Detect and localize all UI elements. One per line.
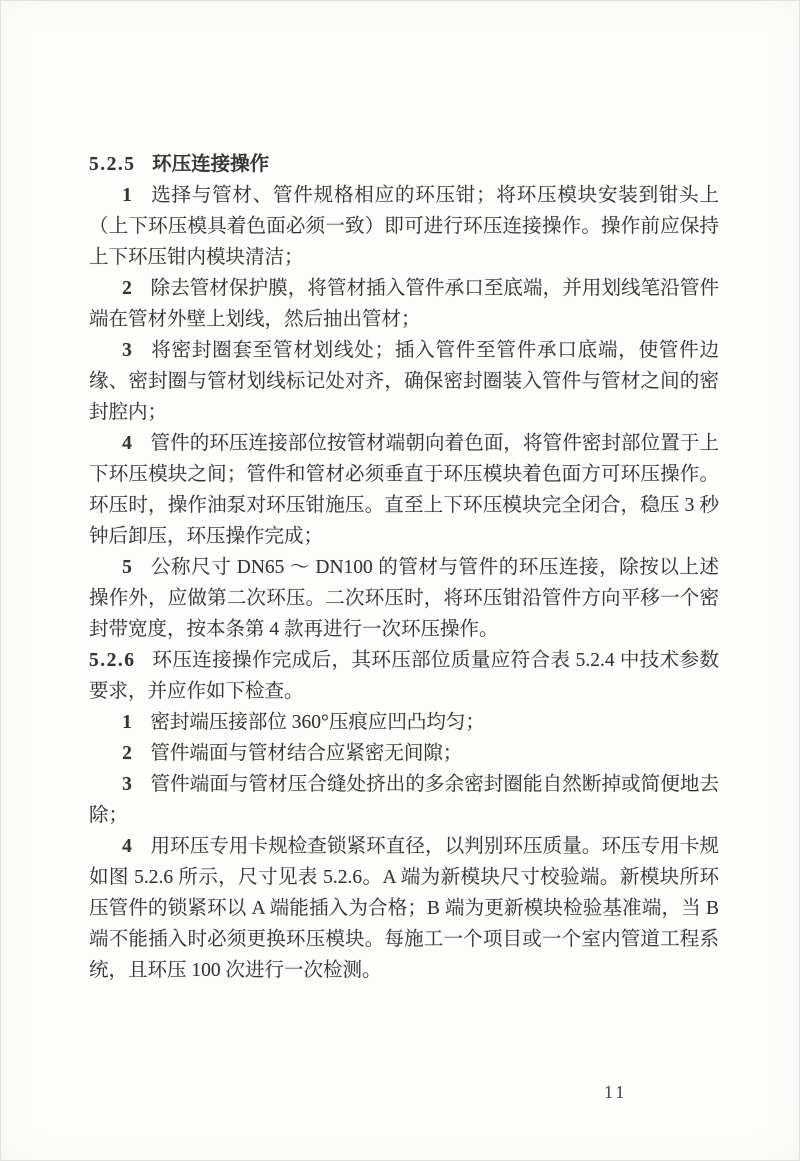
clause-item-4: 4管件的环压连接部位按管材端朝向着色面，将管件密封部位置于上下环压模块之间；管件… [89, 428, 719, 552]
clause-number: 1 [122, 185, 132, 206]
check-item-4: 4用环压专用卡规检查锁紧环直径，以判别环压质量。环压专用卡规如图 5.2.6 所… [89, 831, 719, 986]
clause-text: 除去管材保护膜，将管材插入管件承口至底端，并用划线笔沿管件端在管材外壁上划线，然… [89, 278, 719, 330]
clause-item-2: 2除去管材保护膜，将管材插入管件承口至底端，并用划线笔沿管件端在管材外壁上划线，… [89, 273, 719, 335]
clause-text: 管件端面与管材结合应紧密无间隙； [150, 743, 462, 764]
section-number: 5.2.6 [89, 650, 136, 671]
clause-item-1: 1选择与管材、管件规格相应的环压钳；将环压模块安装到钳头上（上下环压模具着色面必… [89, 180, 719, 273]
clause-text: 将密封圈套至管材划线处；插入管件至管件承口底端，使管件边缘、密封圈与管材划线标记… [89, 340, 719, 423]
clause-text: 密封端压接部位 360°压痕应凹凸均匀； [150, 712, 484, 733]
clause-number: 1 [122, 712, 132, 733]
check-item-2: 2管件端面与管材结合应紧密无间隙； [89, 738, 719, 769]
clause-text: 选择与管材、管件规格相应的环压钳；将环压模块安装到钳头上（上下环压模具着色面必须… [89, 185, 719, 268]
section-heading-5-2-6: 5.2.6环压连接操作完成后，其环压部位质量应符合表 5.2.4 中技术参数要求… [89, 645, 719, 707]
check-item-3: 3管件端面与管材压合缝处挤出的多余密封圈能自然断掉或简便地去除； [89, 769, 719, 831]
clause-text: 公称尺寸 DN65 ～ DN100 的管材与管件的环压连接，除按以上述操作外，应… [89, 557, 719, 640]
clause-text: 用环压专用卡规检查锁紧环直径，以判别环压质量。环压专用卡规如图 5.2.6 所示… [89, 836, 719, 981]
clause-number: 2 [122, 743, 132, 764]
page-number: 11 [604, 1082, 627, 1103]
check-item-1: 1密封端压接部位 360°压痕应凹凸均匀； [89, 707, 719, 738]
clause-number: 2 [122, 278, 132, 299]
clause-number: 4 [122, 433, 132, 454]
clause-text: 管件的环压连接部位按管材端朝向着色面，将管件密封部位置于上下环压模块之间；管件和… [89, 433, 719, 547]
section-lead-text: 环压连接操作完成后，其环压部位质量应符合表 5.2.4 中技术参数要求，并应作如… [89, 650, 719, 702]
clause-number: 3 [122, 340, 132, 361]
clause-number: 5 [122, 557, 132, 578]
section-title: 环压连接操作 [152, 154, 269, 175]
section-number: 5.2.5 [89, 154, 136, 175]
document-content: 5.2.5环压连接操作 1选择与管材、管件规格相应的环压钳；将环压模块安装到钳头… [89, 149, 719, 986]
section-heading-5-2-5: 5.2.5环压连接操作 [89, 149, 719, 180]
document-page: 5.2.5环压连接操作 1选择与管材、管件规格相应的环压钳；将环压模块安装到钳头… [0, 0, 800, 1161]
clause-item-3: 3将密封圈套至管材划线处；插入管件至管件承口底端，使管件边缘、密封圈与管材划线标… [89, 335, 719, 428]
clause-item-5: 5公称尺寸 DN65 ～ DN100 的管材与管件的环压连接，除按以上述操作外，… [89, 552, 719, 645]
clause-number: 4 [122, 836, 132, 857]
clause-number: 3 [122, 774, 132, 795]
clause-text: 管件端面与管材压合缝处挤出的多余密封圈能自然断掉或简便地去除； [89, 774, 719, 826]
